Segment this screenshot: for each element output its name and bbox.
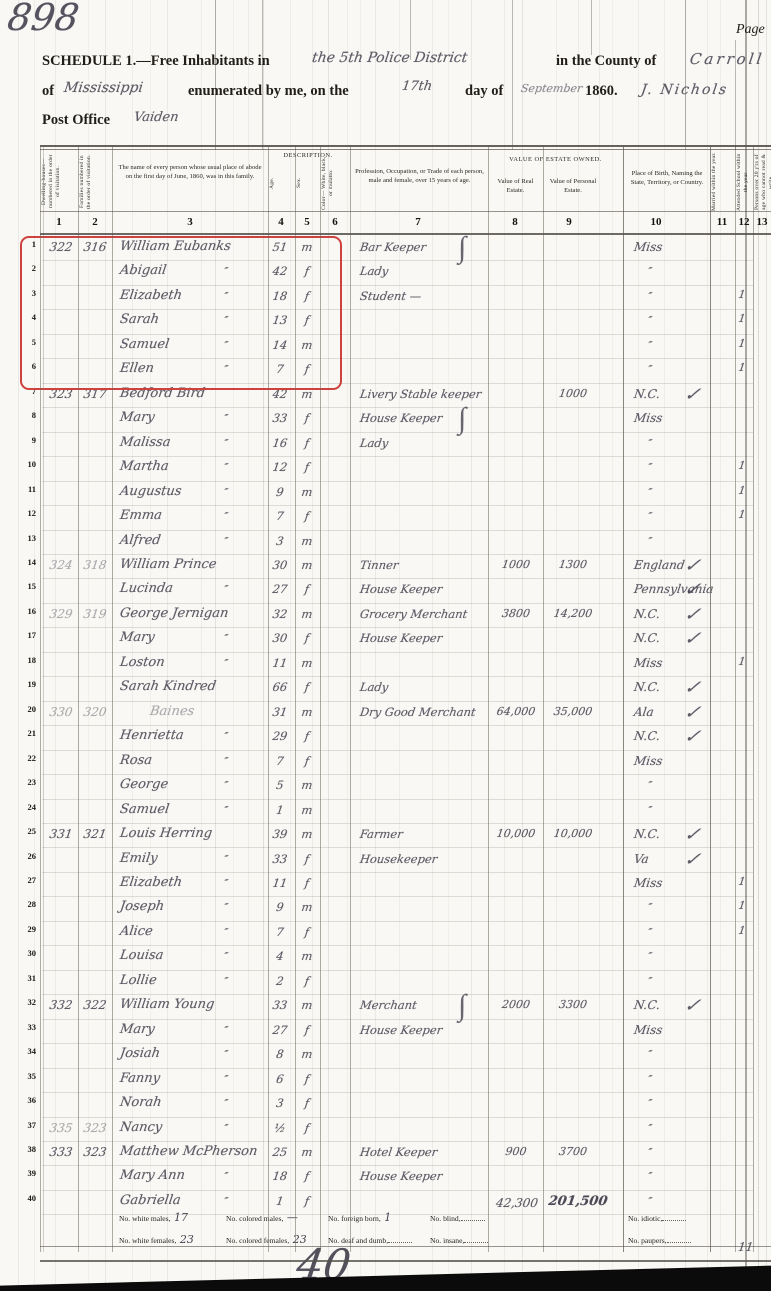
- occupation-brace-flourish: ∫: [458, 989, 466, 1023]
- sex-value: m: [293, 803, 321, 817]
- real-estate-value: 3800: [488, 607, 544, 620]
- family-number: 321: [78, 827, 112, 841]
- row-number: 29: [12, 924, 36, 934]
- row-number: 12: [12, 508, 36, 518]
- row-number: 16: [12, 606, 36, 616]
- age-value: 32: [265, 607, 295, 621]
- occupation: House Keeper: [359, 1023, 443, 1037]
- person-name: Alfred: [119, 533, 162, 548]
- sex-value: f: [293, 852, 321, 866]
- ditto-mark: ″: [223, 950, 229, 963]
- occupation: Lady: [359, 264, 389, 278]
- footer-tally-item: No. colored males, —: [226, 1208, 298, 1226]
- birthplace: ″: [629, 975, 671, 988]
- row-number: 40: [12, 1193, 36, 1203]
- age-value: 39: [265, 827, 295, 841]
- birthplace: ″: [629, 779, 671, 792]
- occupation-brace-flourish: ∫: [458, 402, 466, 436]
- occupation: Tinner: [359, 558, 399, 572]
- table-rule-vertical: [295, 146, 296, 1252]
- age-value: 12: [265, 460, 295, 474]
- ditto-mark: ″: [223, 730, 229, 743]
- row-number: 25: [12, 826, 36, 836]
- ditto-mark: ″: [223, 437, 229, 450]
- row-number: 26: [12, 851, 36, 861]
- highlight-box-family-rows-1-6[interactable]: [20, 236, 342, 390]
- personal-estate-value: 1000: [543, 387, 603, 400]
- footer-tally-item: No. blind,: [430, 1208, 485, 1226]
- personal-estate-value: 10,000: [543, 827, 603, 840]
- person-name: Matthew McPherson: [119, 1144, 258, 1159]
- age-value: 7: [265, 925, 295, 939]
- sex-value: f: [293, 631, 321, 645]
- person-name: Emma: [119, 508, 163, 523]
- footer-tally-label: No. white females,: [119, 1236, 176, 1245]
- sex-value: m: [293, 534, 321, 548]
- birthplace: ″: [629, 804, 671, 817]
- person-name: Emily: [119, 851, 159, 866]
- age-value: 4: [265, 949, 295, 963]
- birthplace-check-flourish: ✓: [687, 678, 702, 696]
- row-number: 15: [12, 581, 36, 591]
- age-value: 33: [265, 998, 295, 1012]
- birthplace: Miss: [633, 1023, 663, 1037]
- age-value: 27: [265, 582, 295, 596]
- person-name: Mary Ann: [119, 1168, 186, 1183]
- table-rule-vertical: [350, 146, 351, 1252]
- table-rule-vertical: [78, 146, 79, 1252]
- table-rule-vertical: [320, 146, 321, 1252]
- personal-estate-value: 35,000: [543, 705, 603, 718]
- real-estate-value: 2000: [488, 998, 544, 1011]
- footer-tally-value: 17: [170, 1211, 188, 1224]
- row-number: 30: [12, 948, 36, 958]
- birthplace: England: [633, 558, 686, 572]
- ditto-mark: ″: [223, 926, 229, 939]
- row-number: 23: [12, 777, 36, 787]
- occupation: Lady: [359, 436, 389, 450]
- row-number: 37: [12, 1120, 36, 1130]
- table-row: 39Mary Ann″18fHouse Keeper″: [0, 1166, 771, 1190]
- person-name: Malissa: [119, 435, 172, 450]
- age-value: 66: [265, 680, 295, 694]
- table-rule-vertical: [43, 146, 44, 1252]
- footer-tally-label: No. idiotic,: [628, 1214, 662, 1223]
- occupation: Bar Keeper: [359, 240, 427, 254]
- person-name: Baines: [149, 704, 195, 719]
- person-name: Alice: [119, 924, 154, 939]
- row-number: 10: [12, 459, 36, 469]
- footer-tally-blank: [667, 1235, 691, 1243]
- age-value: 8: [265, 1047, 295, 1061]
- table-row: 25331321Louis Herring39mFarmer10,00010,0…: [0, 824, 771, 848]
- table-row: 17Mary″30fHouse KeeperN.C.✓: [0, 628, 771, 652]
- birthplace: ″: [629, 1122, 671, 1135]
- ditto-mark: ″: [223, 1024, 229, 1037]
- ditto-mark: ″: [223, 804, 229, 817]
- birthplace-check-flourish: ✓: [687, 580, 702, 598]
- table-rule-vertical: [40, 146, 41, 1252]
- birthplace: N.C.: [633, 998, 661, 1012]
- occupation: House Keeper: [359, 631, 443, 645]
- birthplace: ″: [629, 1195, 671, 1208]
- birthplace: ″: [629, 901, 671, 914]
- birthplace: ″: [629, 535, 671, 548]
- occupation: Dry Good Merchant: [359, 705, 477, 719]
- real-estate-value: 1000: [488, 558, 544, 571]
- age-value: 7: [265, 509, 295, 523]
- footer-tally-item: No. idiotic,: [628, 1208, 686, 1226]
- sex-value: f: [293, 582, 321, 596]
- birthplace: ″: [629, 1097, 671, 1110]
- ditto-mark: ″: [223, 901, 229, 914]
- birthplace: N.C.: [633, 631, 661, 645]
- ditto-mark: ″: [223, 583, 229, 596]
- dwelling-number: 335: [43, 1121, 79, 1135]
- table-row: 37335323Nancy″½f″: [0, 1118, 771, 1142]
- table-rule-vertical: [488, 146, 489, 1252]
- sex-value: m: [293, 705, 321, 719]
- dwelling-number: 329: [43, 607, 79, 621]
- table-row: 15Lucinda″27fHouse KeeperPennsylvania✓: [0, 579, 771, 603]
- family-number: 318: [78, 558, 112, 572]
- birthplace-check-flourish: ✓: [687, 996, 702, 1014]
- sex-value: f: [293, 754, 321, 768]
- birthplace: Ala: [633, 705, 655, 719]
- birthplace: ″: [629, 437, 671, 450]
- table-row: 26Emily″33fHousekeeperVa✓: [0, 849, 771, 873]
- birthplace: ″: [629, 486, 671, 499]
- age-value: 7: [265, 754, 295, 768]
- table-row: 35Fanny″6f″: [0, 1069, 771, 1093]
- person-name: Mary: [119, 630, 156, 645]
- table-rule-vertical: [268, 146, 269, 1252]
- row-number: 22: [12, 753, 36, 763]
- table-row: 20330320Baines31mDry Good Merchant64,000…: [0, 702, 771, 726]
- person-name: Lollie: [119, 973, 158, 988]
- sex-value: f: [293, 974, 321, 988]
- birthplace: ″: [629, 363, 671, 376]
- table-row: 19Sarah Kindred66fLadyN.C.✓: [0, 677, 771, 701]
- person-name: Augustus: [119, 484, 183, 499]
- table-row: 23George″5m″: [0, 775, 771, 799]
- table-row: 36Norah″3f″: [0, 1093, 771, 1117]
- table-rule-horizontal: [40, 1260, 771, 1262]
- age-value: 5: [265, 778, 295, 792]
- age-value: 30: [265, 558, 295, 572]
- occupation: Student —: [359, 289, 422, 303]
- person-name: Joseph: [119, 899, 165, 914]
- footer-tally-blank: [464, 1235, 488, 1243]
- sex-value: f: [293, 1121, 321, 1135]
- sex-value: f: [293, 680, 321, 694]
- age-value: 1: [265, 803, 295, 817]
- ditto-mark: ″: [223, 510, 229, 523]
- ditto-mark: ″: [223, 461, 229, 474]
- person-name: Loston: [119, 655, 166, 670]
- table-row: 10Martha″12f″1: [0, 457, 771, 481]
- personal-estate-value: 14,200: [543, 607, 603, 620]
- ditto-mark: ″: [223, 1195, 229, 1208]
- footer-tally-label: No. colored females,: [226, 1236, 289, 1245]
- person-name: Nancy: [119, 1120, 163, 1135]
- table-row: 29Alice″7f″1: [0, 922, 771, 946]
- age-value: 3: [265, 1096, 295, 1110]
- row-number: 9: [12, 435, 36, 445]
- occupation: Merchant: [359, 998, 418, 1012]
- person-name: Mary: [119, 410, 156, 425]
- birthplace-check-flourish: ✓: [687, 629, 702, 647]
- birthplace-check-flourish: ✓: [687, 727, 702, 745]
- real-estate-value: 900: [488, 1145, 544, 1158]
- row-number: 18: [12, 655, 36, 665]
- person-name: Fanny: [119, 1071, 161, 1086]
- footer-tally-label: No. insane,: [430, 1236, 464, 1245]
- footer-tally-label: No. foreign born,: [328, 1214, 381, 1223]
- row-number: 8: [12, 410, 36, 420]
- person-name: Henrietta: [119, 728, 185, 743]
- person-name: Louis Herring: [119, 826, 213, 841]
- table-rule-vertical: [543, 146, 544, 1252]
- sex-value: f: [293, 436, 321, 450]
- age-value: 33: [265, 411, 295, 425]
- birthplace: ″: [629, 339, 671, 352]
- occupation: House Keeper: [359, 582, 443, 596]
- row-number: 36: [12, 1095, 36, 1105]
- table-row: 21Henrietta″29fN.C.✓: [0, 726, 771, 750]
- occupation: Livery Stable keeper: [359, 387, 482, 401]
- census-table-rows: 1322316William Eubanks51mBar Keeper∫Miss…: [0, 0, 771, 1291]
- sex-value: f: [293, 925, 321, 939]
- table-row: 9Malissa″16fLady″: [0, 433, 771, 457]
- person-name: William Prince: [119, 557, 218, 572]
- ditto-mark: ″: [223, 1097, 229, 1110]
- occupation: Hotel Keeper: [359, 1145, 438, 1159]
- person-name: Josiah: [119, 1046, 161, 1061]
- birthplace-check-flourish: ✓: [687, 850, 702, 868]
- person-name: Rosa: [119, 753, 153, 768]
- sex-value: m: [293, 656, 321, 670]
- row-number: 39: [12, 1168, 36, 1178]
- table-row: 28Joseph″9m″1: [0, 897, 771, 921]
- occupation: Farmer: [359, 827, 404, 841]
- sex-value: f: [293, 509, 321, 523]
- table-row: 8Mary″33fHouse Keeper∫Miss: [0, 408, 771, 432]
- occupation: Lady: [359, 680, 389, 694]
- sex-value: f: [293, 1023, 321, 1037]
- ditto-mark: ″: [223, 1170, 229, 1183]
- table-rule-vertical: [112, 146, 113, 1252]
- table-row: 31Lollie″2f″: [0, 971, 771, 995]
- personal-estate-value: 3700: [543, 1145, 603, 1158]
- table-rule-horizontal: [40, 211, 771, 212]
- table-row: 13Alfred″3m″: [0, 531, 771, 555]
- age-value: 25: [265, 1145, 295, 1159]
- person-name: Mary: [119, 1022, 156, 1037]
- sex-value: f: [293, 876, 321, 890]
- table-rule-vertical: [710, 146, 711, 1252]
- birthplace: Miss: [633, 754, 663, 768]
- person-name: Norah: [119, 1095, 163, 1110]
- occupation: Housekeeper: [359, 852, 438, 866]
- ditto-mark: ″: [223, 632, 229, 645]
- sex-value: m: [293, 900, 321, 914]
- sex-value: m: [293, 949, 321, 963]
- age-value: 16: [265, 436, 295, 450]
- footer-tally-blank: [461, 1213, 485, 1221]
- ditto-mark: ″: [223, 779, 229, 792]
- real-estate-value: 64,000: [488, 705, 544, 718]
- ditto-mark: ″: [223, 412, 229, 425]
- sex-value: m: [293, 1047, 321, 1061]
- footer-tally-blank: [662, 1213, 686, 1221]
- family-number: 323: [78, 1121, 112, 1135]
- birthplace: N.C.: [633, 680, 661, 694]
- birthplace: ″: [629, 461, 671, 474]
- table-row: 30Louisa″4m″: [0, 946, 771, 970]
- row-number: 24: [12, 802, 36, 812]
- footer-tally-item: No. white males, 17: [119, 1208, 188, 1226]
- row-number: 14: [12, 557, 36, 567]
- sex-value: f: [293, 1194, 321, 1208]
- birthplace: N.C.: [633, 729, 661, 743]
- dwelling-number: 333: [43, 1145, 79, 1159]
- birthplace: Miss: [633, 411, 663, 425]
- table-rule-vertical: [735, 146, 736, 1252]
- person-name: Lucinda: [119, 581, 174, 596]
- row-number: 32: [12, 997, 36, 1007]
- birthplace: ″: [629, 510, 671, 523]
- row-number: 33: [12, 1022, 36, 1032]
- sex-value: f: [293, 729, 321, 743]
- row-number: 34: [12, 1046, 36, 1056]
- birthplace-check-flourish: ✓: [687, 385, 702, 403]
- birthplace: N.C.: [633, 387, 661, 401]
- row-number: 11: [12, 484, 36, 494]
- table-row: 22Rosa″7fMiss: [0, 751, 771, 775]
- ditto-mark: ″: [223, 853, 229, 866]
- person-name: Louisa: [119, 948, 165, 963]
- table-rule-horizontal: [40, 233, 771, 235]
- footer-tally-item: No. foreign born, 1: [328, 1208, 391, 1226]
- age-value: 29: [265, 729, 295, 743]
- occupation: House Keeper: [359, 1169, 443, 1183]
- birthplace-check-flourish: ✓: [687, 825, 702, 843]
- personal-estate-total: 201,500: [545, 1194, 611, 1209]
- dwelling-number: 332: [43, 998, 79, 1012]
- sex-value: m: [293, 998, 321, 1012]
- table-rule-horizontal: [40, 149, 771, 150]
- birthplace: Miss: [633, 656, 663, 670]
- census-schedule-page: 898 Page SCHEDULE 1.—Free Inhabitants in…: [0, 0, 771, 1291]
- row-number: 21: [12, 728, 36, 738]
- age-value: 3: [265, 534, 295, 548]
- occupation: House Keeper: [359, 411, 443, 425]
- table-row: 34Josiah″8m″: [0, 1044, 771, 1068]
- family-number: 323: [78, 1145, 112, 1159]
- row-number: 28: [12, 899, 36, 909]
- person-name: George: [119, 777, 169, 792]
- family-number: 319: [78, 607, 112, 621]
- ditto-mark: ″: [223, 975, 229, 988]
- sex-value: m: [293, 485, 321, 499]
- occupation: Grocery Merchant: [359, 607, 468, 621]
- footer-tally-line-2: No. white females, 23No. colored females…: [0, 1230, 771, 1244]
- table-row: 11Augustus″9m″1: [0, 482, 771, 506]
- occupation-brace-flourish: ∫: [458, 231, 466, 265]
- birthplace: ″: [629, 1073, 671, 1086]
- age-value: 1: [265, 1194, 295, 1208]
- family-number: 322: [78, 998, 112, 1012]
- footer-tally-label: No. blind,: [430, 1214, 461, 1223]
- age-value: 11: [265, 876, 295, 890]
- age-value: 30: [265, 631, 295, 645]
- table-row: 27Elizabeth″11fMiss1: [0, 873, 771, 897]
- age-value: ½: [265, 1121, 295, 1135]
- footer-tally-label: No. colored males,: [226, 1214, 283, 1223]
- sex-value: f: [293, 1169, 321, 1183]
- age-value: 11: [265, 656, 295, 670]
- table-row: 38333323Matthew McPherson25mHotel Keeper…: [0, 1142, 771, 1166]
- ditto-mark: ″: [223, 1122, 229, 1135]
- ditto-mark: ″: [223, 1073, 229, 1086]
- footer-tally-label: No. paupers,: [628, 1236, 667, 1245]
- table-row: 16329319George Jernigan32mGrocery Mercha…: [0, 604, 771, 628]
- footer-tally-value: 1: [381, 1211, 392, 1224]
- sex-value: m: [293, 827, 321, 841]
- person-name: Martha: [119, 459, 170, 474]
- table-row: 32332322William Young33mMerchant∫2000330…: [0, 995, 771, 1019]
- birthplace: ″: [629, 926, 671, 939]
- sex-value: m: [293, 607, 321, 621]
- birthplace: ″: [629, 1170, 671, 1183]
- person-name: Samuel: [119, 802, 170, 817]
- footer-tally-blank: [388, 1235, 412, 1243]
- sex-value: f: [293, 460, 321, 474]
- birthplace: Va: [633, 852, 650, 866]
- sex-value: f: [293, 1096, 321, 1110]
- table-row: 24Samuel″1m″: [0, 800, 771, 824]
- dwelling-number: 331: [43, 827, 79, 841]
- birthplace: ″: [629, 265, 671, 278]
- row-number: 20: [12, 704, 36, 714]
- personal-estate-value: 1300: [543, 558, 603, 571]
- table-row: 12Emma″7f″1: [0, 506, 771, 530]
- row-number: 17: [12, 630, 36, 640]
- birthplace: Miss: [633, 876, 663, 890]
- age-value: 9: [265, 485, 295, 499]
- birthplace: ″: [629, 1048, 671, 1061]
- age-value: 31: [265, 705, 295, 719]
- real-estate-value: 10,000: [488, 827, 544, 840]
- footer-tally-label: No. white males,: [119, 1214, 170, 1223]
- person-name: Sarah Kindred: [119, 679, 217, 694]
- birthplace: Miss: [633, 240, 663, 254]
- birthplace: ″: [629, 950, 671, 963]
- birthplace: N.C.: [633, 607, 661, 621]
- sex-value: f: [293, 411, 321, 425]
- ditto-mark: ″: [223, 657, 229, 670]
- row-number: 35: [12, 1071, 36, 1081]
- person-name: Elizabeth: [119, 875, 183, 890]
- ditto-mark: ″: [223, 486, 229, 499]
- sex-value: m: [293, 1145, 321, 1159]
- age-value: 33: [265, 852, 295, 866]
- table-rule-horizontal: [40, 145, 771, 147]
- birthplace-check-flourish: ✓: [687, 605, 702, 623]
- table-row: 14324318William Prince30mTinner10001300E…: [0, 555, 771, 579]
- footer-tally-line-1: No. white males, 17No. colored males, —N…: [0, 1208, 771, 1222]
